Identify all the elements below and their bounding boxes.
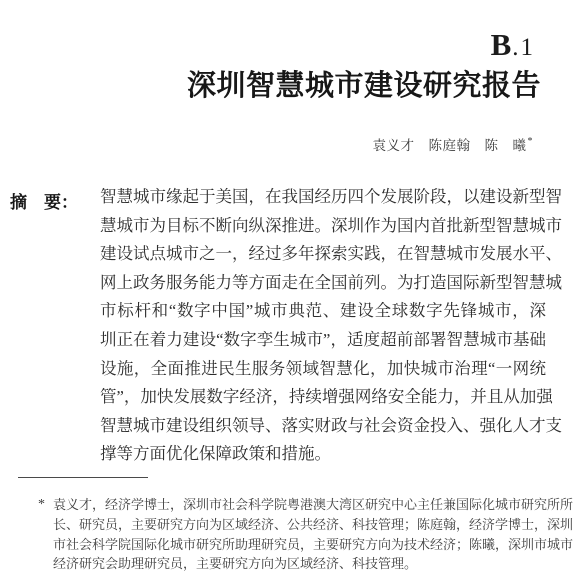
footnote-divider bbox=[18, 477, 148, 478]
footnote: * 袁义才，经济学博士，深圳市社会科学院粤港澳大湾区研究中心主任兼国际化城市研究… bbox=[38, 495, 546, 574]
authors-line: 袁义才 陈庭翰 陈 曦* bbox=[373, 134, 534, 154]
abstract-label: 摘 要： bbox=[10, 188, 78, 213]
abstract-line: 智慧城市建设组织领导、落实财政与社会资金投入、强化人才支 bbox=[100, 412, 546, 441]
abstract-line: 慧城市为目标不断向纵深推进。深圳作为国内首批新型智慧城市 bbox=[100, 212, 546, 241]
abstract-line: 网上政务服务能力等方面走在全国前列。为打造国际新型智慧城 bbox=[100, 269, 546, 298]
abstract-line: 圳正在着力建设“数字孪生城市”，适度超前部署智慧城市基础 bbox=[100, 326, 546, 355]
report-page: B.1 深圳智慧城市建设研究报告 袁义才 陈庭翰 陈 曦* 摘 要： 智慧城市缘… bbox=[0, 0, 573, 586]
footnote-line: 经济研究会助理研究员，主要研究方向为区域经济、科技管理。 bbox=[38, 554, 546, 574]
report-title: 深圳智慧城市建设研究报告 bbox=[187, 63, 541, 104]
footnote-line: 袁义才，经济学博士，深圳市社会科学院粤港澳大湾区研究中心主任兼国际化城市研究所所 bbox=[38, 495, 546, 515]
abstract-line: 设施，全面推进民生服务领域智慧化，加快城市治理“一网统 bbox=[100, 355, 546, 384]
report-number-letter: B bbox=[491, 27, 513, 62]
abstract-line: 智慧城市缘起于美国，在我国经历四个发展阶段，以建设新型智 bbox=[100, 183, 546, 212]
abstract-paragraph: 智慧城市缘起于美国，在我国经历四个发展阶段，以建设新型智 慧城市为目标不断向纵深… bbox=[100, 183, 546, 469]
report-number-suffix: .1 bbox=[512, 34, 535, 61]
abstract-line: 市标杆和“数字中国”城市典范、建设全球数字先锋城市，深 bbox=[100, 297, 546, 326]
author-names: 袁义才 陈庭翰 陈 曦 bbox=[373, 138, 527, 153]
abstract-line: 管”，加快发展数字经济，持续增强网络安全能力，并且从加强 bbox=[100, 383, 546, 412]
footnote-marker: * bbox=[38, 497, 45, 513]
footnote-line: 长、研究员，主要研究方向为区域经济、公共经济、科技管理；陈庭翰，经济学博士，深圳 bbox=[38, 515, 546, 535]
footnote-line: 市社会科学院国际化城市研究所助理研究员，主要研究方向为技术经济；陈曦，深圳市城市 bbox=[38, 535, 546, 555]
abstract-line: 建设试点城市之一，经过多年探索实践，在智慧城市发展水平、 bbox=[100, 240, 546, 269]
author-footnote-asterisk: * bbox=[528, 136, 534, 147]
abstract-line: 撑等方面优化保障政策和措施。 bbox=[100, 440, 546, 469]
report-number: B.1 bbox=[491, 27, 535, 63]
